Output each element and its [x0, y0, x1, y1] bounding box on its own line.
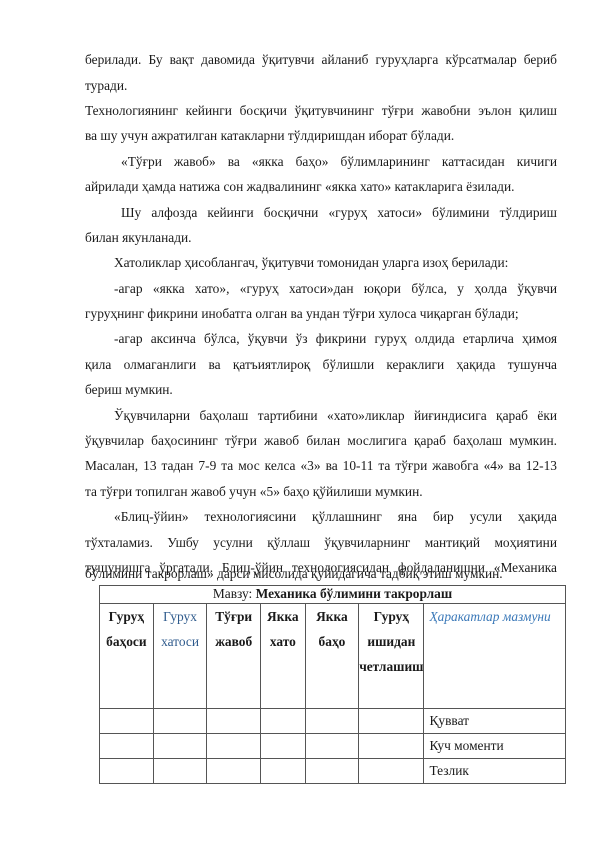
- table-row: Тезлик: [100, 759, 566, 784]
- table-cell: [260, 709, 305, 734]
- paragraph-line: Ўқувчиларни баҳолаш тартибини «хато»ликл…: [114, 408, 557, 424]
- paragraph-line: «Блиц-ўйин» технологиясини қўллашнинг ян…: [114, 509, 557, 525]
- table-cell: [305, 734, 359, 759]
- header-group-grade: Гуруҳ баҳоси: [100, 604, 154, 709]
- header-actions-content: Ҳаракатлар мазмуни: [424, 604, 566, 709]
- table-cell: [100, 709, 154, 734]
- table-cell: [260, 759, 305, 784]
- table-cell-topic: Қувват: [424, 709, 566, 734]
- table-row: Қувват: [100, 709, 566, 734]
- paragraph-line: бериш мумкин.: [85, 382, 173, 398]
- paragraph-line: туради.: [85, 78, 127, 94]
- table-cell: [153, 734, 207, 759]
- table-cell: [359, 759, 424, 784]
- header-group-deviation: Гуруҳ ишидан четлашиш: [359, 604, 424, 709]
- table-cell: [305, 709, 359, 734]
- paragraph-line: Масалан, 13 тадан 7-9 та мос келса «3» в…: [85, 458, 557, 474]
- header-correct-answer: Тўғри жавоб: [207, 604, 261, 709]
- paragraph-line: Технологиянинг кейинги босқичи ўқитувчин…: [85, 103, 557, 119]
- table-cell: [359, 709, 424, 734]
- table-cell: [359, 734, 424, 759]
- paragraph-line: -агар «якка хато», «гуруҳ хатоси»дан юқо…: [114, 281, 557, 297]
- paragraph-line: бўлимини такрорлаш» дарси мисолида қуйид…: [85, 566, 503, 582]
- topic-label: Мавзу:: [213, 586, 252, 601]
- paragraph-line: қила олмаганлиги ва қатъиятлироқ бўлишли…: [85, 357, 557, 373]
- topic-cell: Мавзу: Механика бўлимини такрорлаш: [100, 586, 566, 604]
- table-header-row: Гуруҳ баҳоси Гурух хатоси Тўғри жавоб Як…: [100, 604, 566, 709]
- table-row: Куч моменти: [100, 734, 566, 759]
- table-topic-row: Мавзу: Механика бўлимини такрорлаш: [100, 586, 566, 604]
- paragraph-line: -агар аксинча бўлса, ўқувчи ўз фикрини г…: [114, 331, 557, 347]
- table-cell: [153, 709, 207, 734]
- table-cell: [305, 759, 359, 784]
- paragraph-line: тўхталамиз. Ушбу усулни қўллаш ўқувчилар…: [85, 535, 557, 551]
- paragraph-line: «Тўғри жавоб» ва «якка баҳо» бўлимларини…: [121, 154, 557, 170]
- table-cell: [207, 709, 261, 734]
- table-cell: [207, 734, 261, 759]
- table-cell: [153, 759, 207, 784]
- table-cell-topic: Тезлик: [424, 759, 566, 784]
- paragraph-line: билан якунланади.: [85, 230, 192, 246]
- paragraph-line: ва шу учун ажратилган катакларни тўлдири…: [85, 128, 454, 144]
- paragraph-line: гуруҳнинг фикрини инобатга олган ва унда…: [85, 306, 519, 322]
- paragraph-line: айрилади ҳамда натижа сон жадвалининг «я…: [85, 179, 515, 195]
- paragraph-line: та тўғри топилган жавоб учун «5» баҳо қў…: [85, 484, 423, 500]
- table-cell-topic: Куч моменти: [424, 734, 566, 759]
- topic-title: Механика бўлимини такрорлаш: [256, 586, 453, 601]
- header-individual-error: Якка хато: [260, 604, 305, 709]
- table-cell: [260, 734, 305, 759]
- table-cell: [207, 759, 261, 784]
- header-individual-grade: Якка баҳо: [305, 604, 359, 709]
- paragraph-line: берилади. Бу вақт давомида ўқитувчи айла…: [85, 52, 557, 68]
- paragraph-line: ўқувчилар баҳосининг тўғри жавоб билан м…: [85, 433, 557, 449]
- table-cell: [100, 734, 154, 759]
- paragraph-line: Шу алфозда кейинги босқични «гуруҳ хатос…: [121, 205, 557, 221]
- header-group-error: Гурух хатоси: [153, 604, 207, 709]
- paragraph-line: Хатоликлар ҳисоблангач, ўқитувчи томонид…: [114, 255, 508, 271]
- blitz-game-table: Мавзу: Механика бўлимини такрорлаш Гуруҳ…: [99, 585, 566, 784]
- table-cell: [100, 759, 154, 784]
